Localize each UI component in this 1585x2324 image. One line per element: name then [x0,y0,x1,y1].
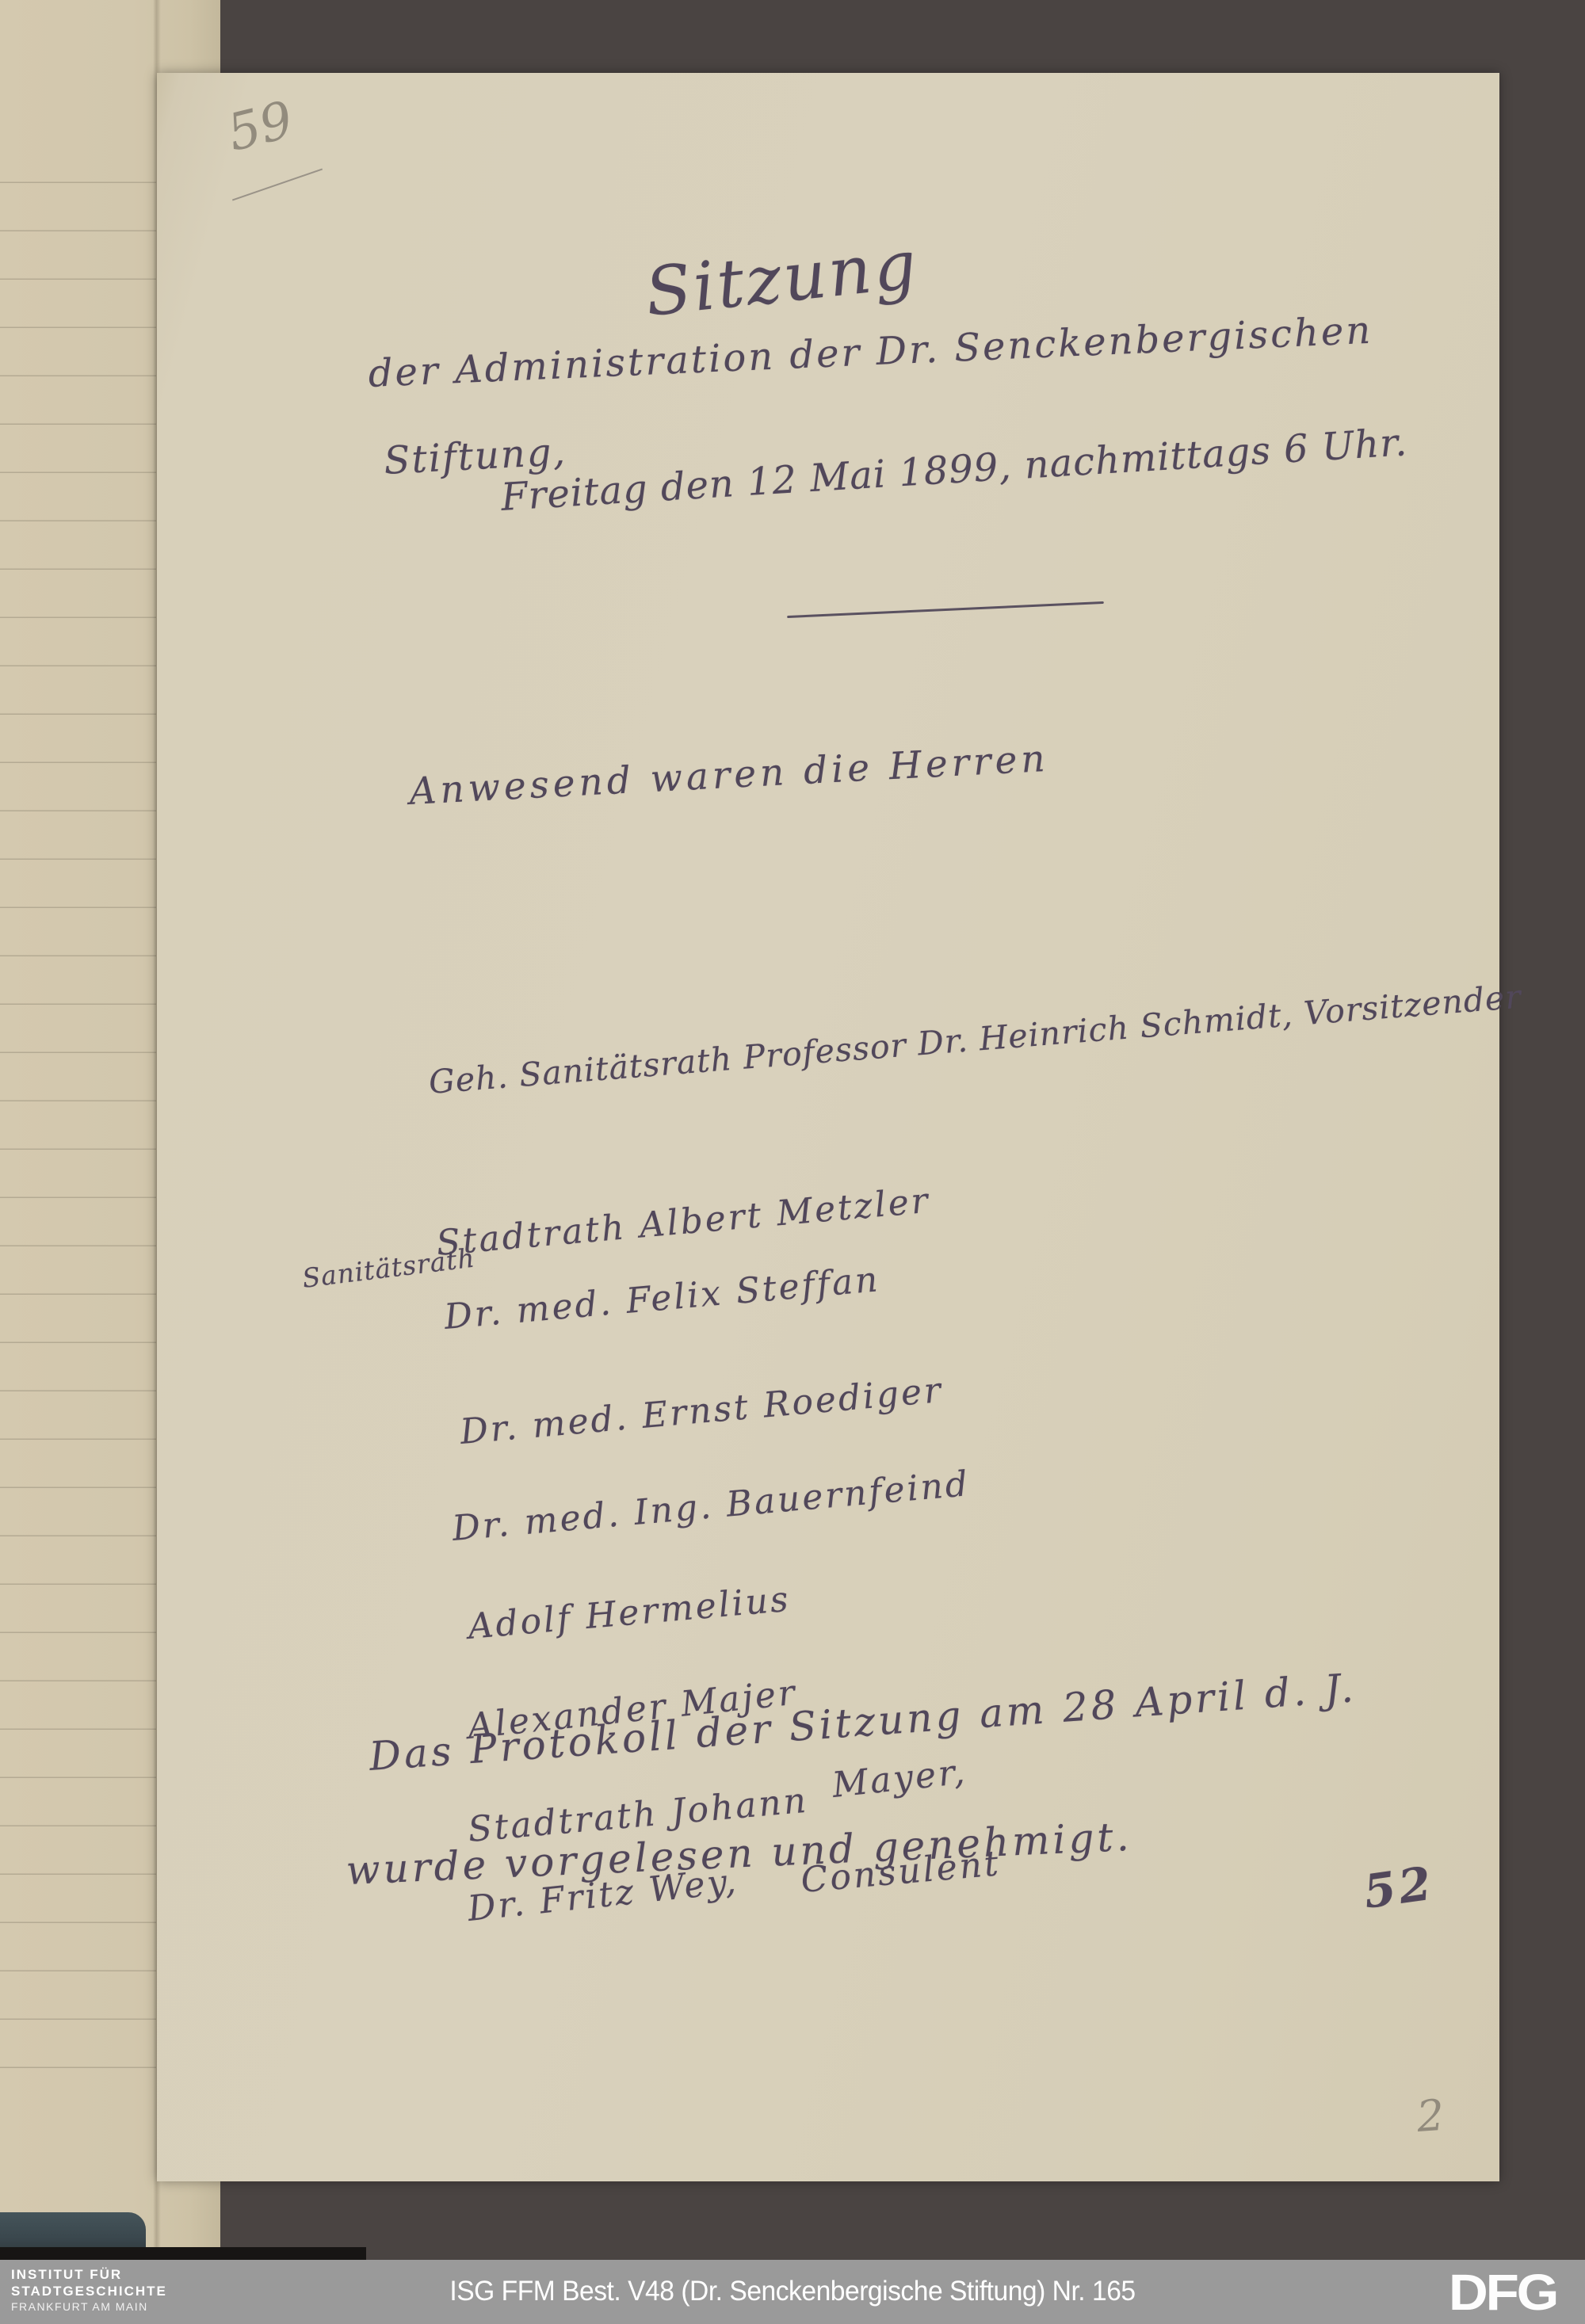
title-line-1: Sitzung [642,225,922,331]
title-line-2: der Administration der Dr. Senckenbergis… [368,308,1374,396]
ruled-lines [0,135,156,2089]
attendee-line: Dr. med. Felix Steffan [443,1259,882,1338]
folio-underline [232,169,323,201]
page-number-ink: 52 [1361,1856,1438,1919]
scan-canvas: 59 Sitzung der Administration der Dr. Se… [0,0,1585,2324]
dfg-logo: DFG [1449,2263,1556,2322]
folio-number-pencil: 59 [222,90,299,163]
attendee-line: Adolf Hermelius [467,1579,792,1647]
attendee-line: Geh. Sanitätsrath Professor Dr. Heinrich… [427,978,1522,1101]
archive-reference: ISG FFM Best. V48 (Dr. Senckenbergische … [32,2276,1553,2307]
attendee-inserted-title: Sanitätsrath [300,1242,476,1294]
attendee-line: Stadtrath Albert Metzler [435,1181,932,1264]
attendees-intro: Anwesend waren die Herren [408,737,1050,814]
archive-info-bar: INSTITUT FÜR STADTGESCHICHTE FRANKFURT A… [0,2260,1585,2324]
attendee-line: Dr. med. Ing. Bauernfeind [451,1463,972,1549]
page-number-pencil: 2 [1415,2090,1446,2142]
manuscript-page: 59 Sitzung der Administration der Dr. Se… [157,73,1499,2181]
title-line-4: Freitag den 12 Mai 1899, nachmittags 6 U… [500,420,1409,520]
attendee-line-raised: Mayer, [831,1751,969,1806]
attendee-line: Dr. med. Ernst Roediger [459,1370,945,1452]
hand-drawn-divider [787,601,1104,618]
